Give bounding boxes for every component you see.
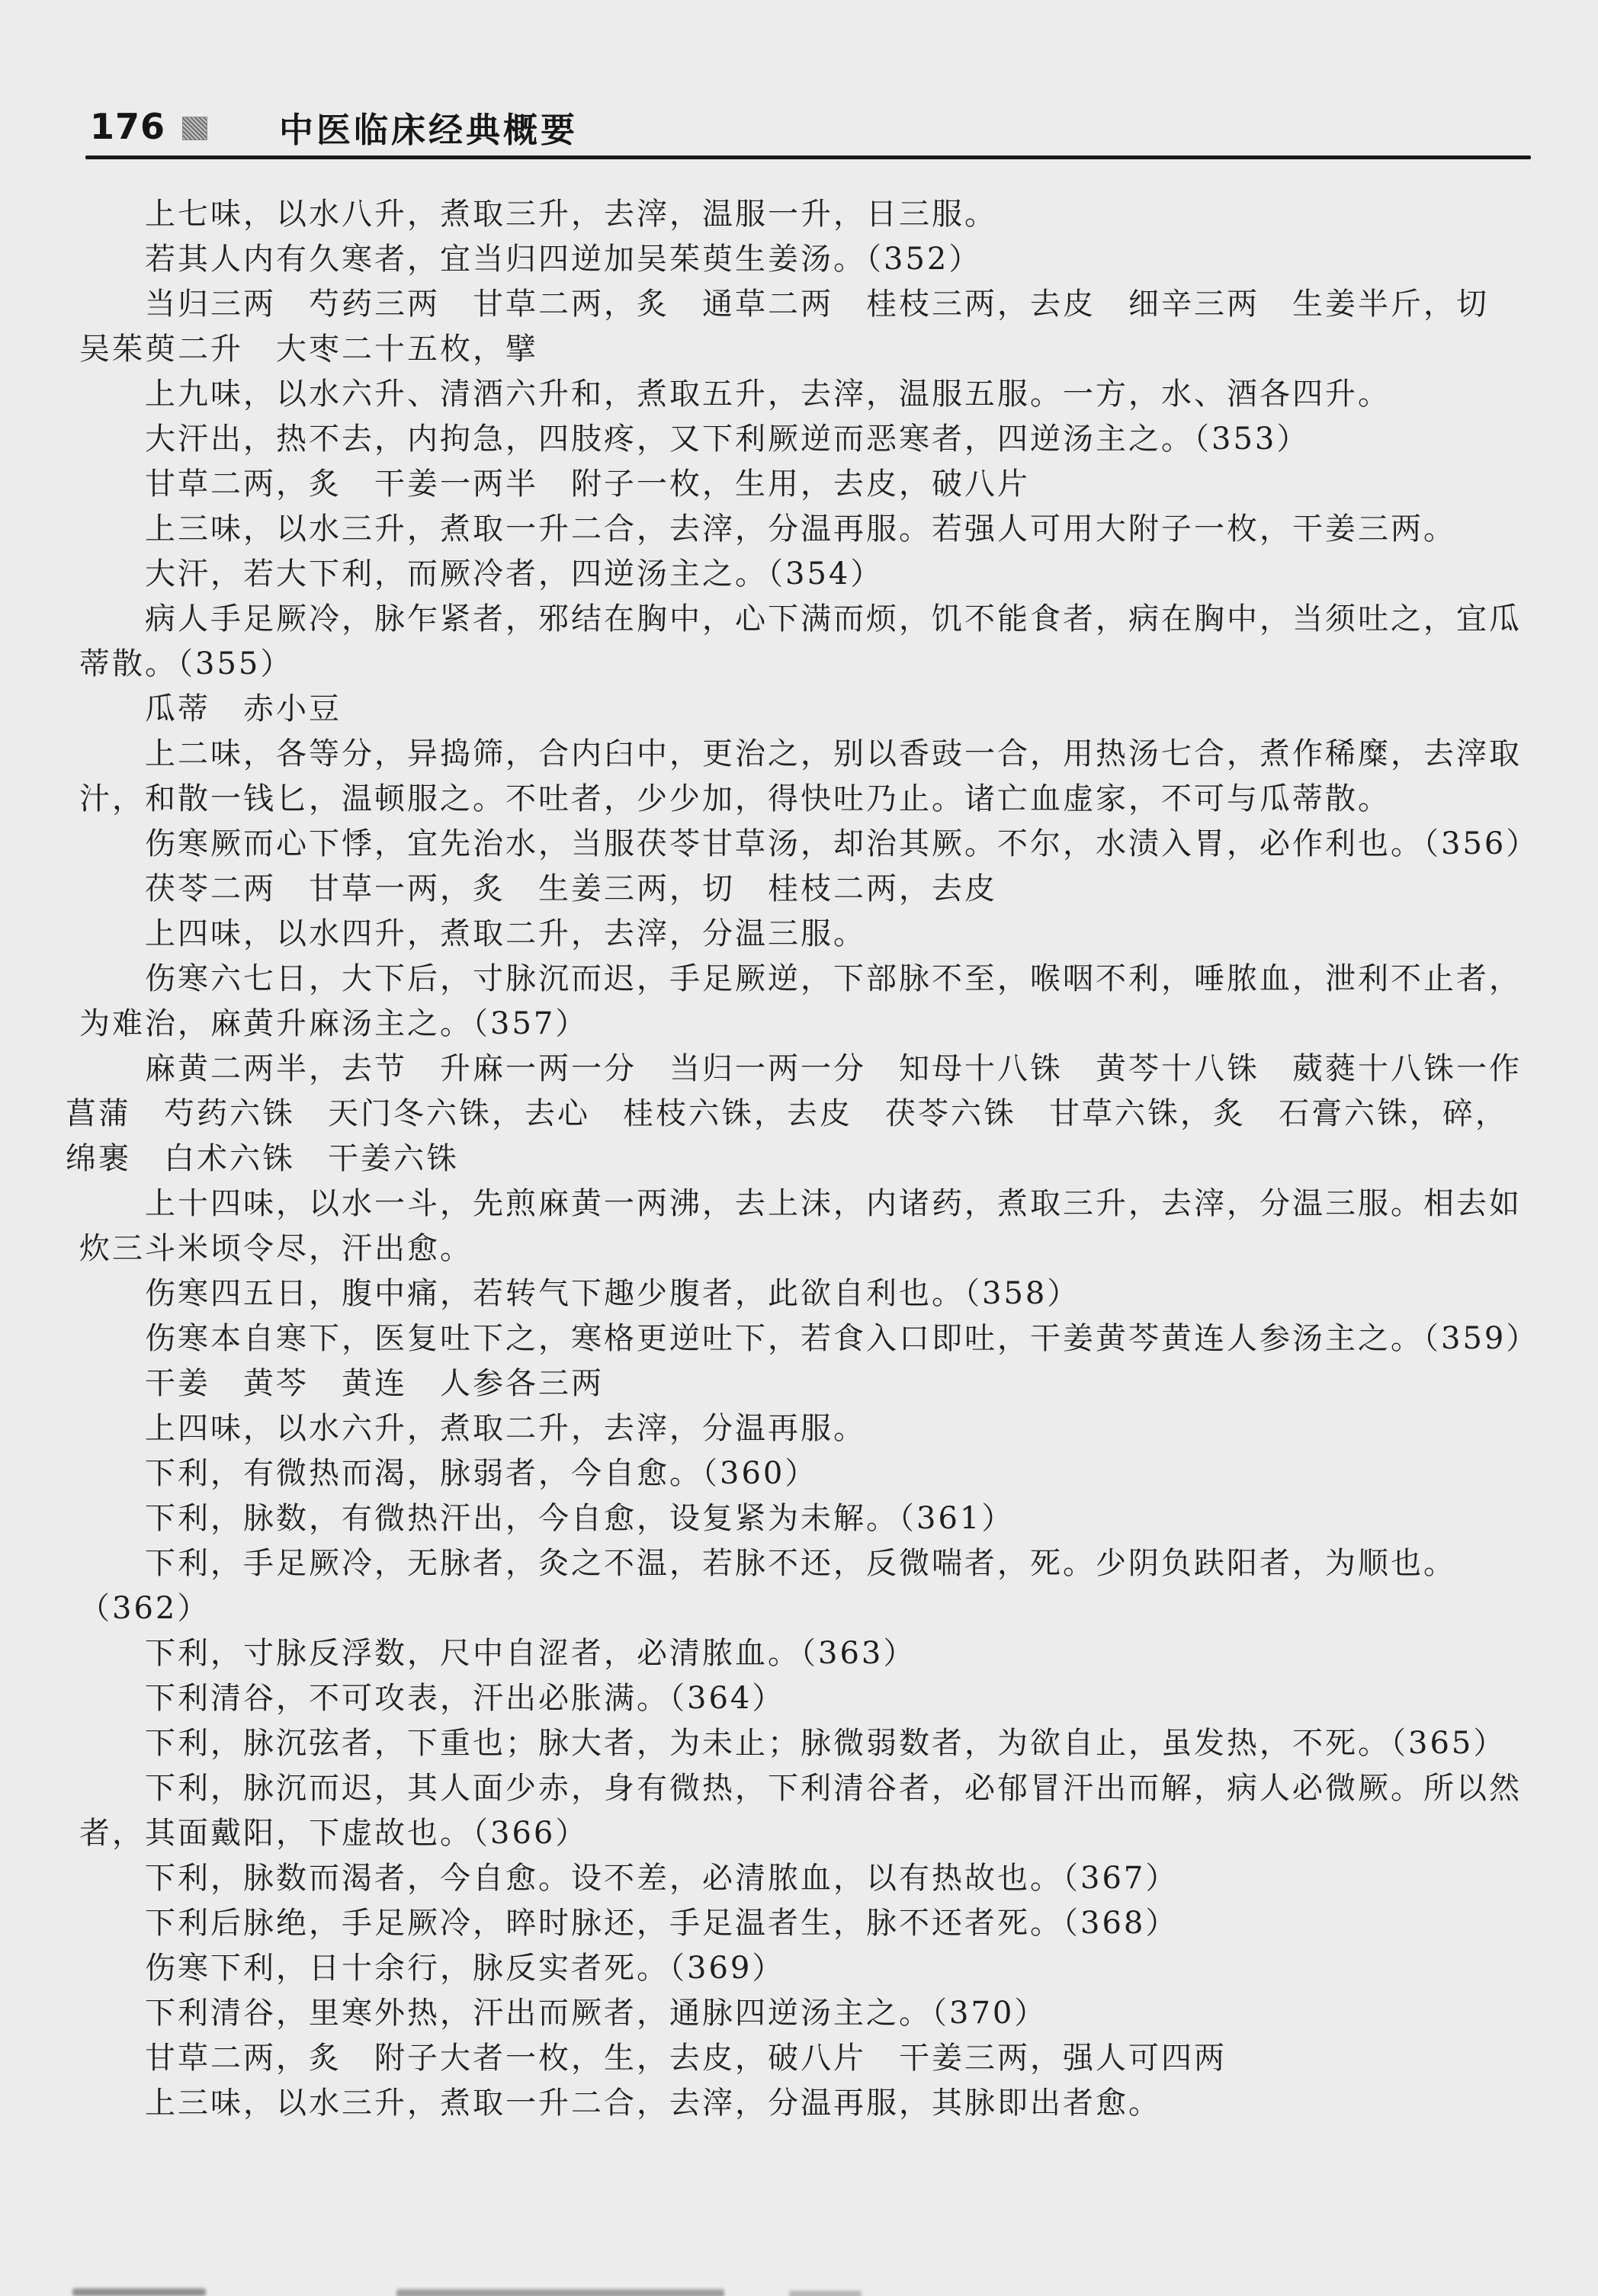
text-line: 者，其面戴阳，下虚故也。（366）	[79, 1811, 1551, 1856]
page-number: 176	[90, 106, 165, 147]
text-line: 病人手足厥冷，脉乍紧者，邪结在胸中，心下满而烦，饥不能食者，病在胸中，当须吐之，…	[79, 597, 1551, 642]
book-title: 中医临床经典概要	[279, 102, 578, 152]
text-line: 甘草二两，炙 干姜一两半 附子一枚，生用，去皮，破八片	[79, 462, 1551, 507]
text-line: 下利清谷，不可攻表，汗出必胀满。（364）	[79, 1676, 1551, 1721]
text-line: 绵裹 白术六铢 干姜六铢	[66, 1137, 1551, 1182]
text-line: 伤寒下利，日十余行，脉反实者死。（369）	[79, 1946, 1551, 1991]
text-line: 伤寒厥而心下悸，宜先治水，当服茯苓甘草汤，却治其厥。不尔，水渍入胃，必作利也。（…	[79, 822, 1551, 867]
text-line: 伤寒六七日，大下后，寸脉沉而迟，手足厥逆，下部脉不至，喉咽不利，唾脓血，泄利不止…	[79, 957, 1551, 1002]
text-line: 上二味，各等分，异捣筛，合内臼中，更治之，别以香豉一合，用热汤七合，煮作稀糜，去…	[79, 732, 1551, 777]
text-line: 上十四味，以水一斗，先煎麻黄一两沸，去上沫，内诸药，煮取三升，去滓，分温三服。相…	[79, 1182, 1551, 1227]
text-line: 上七味，以水八升，煮取三升，去滓，温服一升，日三服。	[79, 192, 1551, 237]
text-line: 上四味，以水四升，煮取二升，去滓，分温三服。	[79, 912, 1551, 957]
text-line: 下利，脉沉而迟，其人面少赤，身有微热，下利清谷者，必郁冒汗出而解，病人必微厥。所…	[79, 1766, 1551, 1811]
text-line: 炊三斗米顷令尽，汗出愈。	[79, 1227, 1551, 1271]
text-line: 上三味，以水三升，煮取一升二合，去滓，分温再服，其脉即出者愈。	[79, 2081, 1551, 2126]
text-line: 大汗，若大下利，而厥冷者，四逆汤主之。（354）	[79, 552, 1551, 597]
scan-artifact	[396, 2289, 724, 2296]
text-line: 干姜 黄芩 黄连 人参各三两	[79, 1361, 1551, 1406]
text-line: 汁，和散一钱匕，温顿服之。不吐者，少少加，得快吐乃止。诸亡血虚家，不可与瓜蒂散。	[79, 777, 1551, 822]
text-line: 下利清谷，里寒外热，汗出而厥者，通脉四逆汤主之。（370）	[79, 1991, 1551, 2036]
body-text: 上七味，以水八升，煮取三升，去滓，温服一升，日三服。若其人内有久寒者，宜当归四逆…	[79, 192, 1551, 2126]
text-line: 吴茱萸二升 大枣二十五枚，擘	[79, 327, 1551, 372]
text-line: 下利后脉绝，手足厥冷，晬时脉还，手足温者生，脉不还者死。（368）	[79, 1901, 1551, 1946]
text-line: 当归三两 芍药三两 甘草二两，炙 通草二两 桂枝三两，去皮 细辛三两 生姜半斤，…	[79, 282, 1551, 327]
text-line: 上三味，以水三升，煮取一升二合，去滓，分温再服。若强人可用大附子一枚，干姜三两。	[79, 507, 1551, 552]
text-line: 为难治，麻黄升麻汤主之。（357）	[79, 1002, 1551, 1047]
text-line: 下利，脉沉弦者，下重也；脉大者，为未止；脉微弱数者，为欲自止，虽发热，不死。（3…	[79, 1721, 1551, 1766]
text-line: 菖蒲 芍药六铢 天门冬六铢，去心 桂枝六铢，去皮 茯苓六铢 甘草六铢，炙 石膏六…	[66, 1092, 1551, 1137]
text-line: 茯苓二两 甘草一两，炙 生姜三两，切 桂枝二两，去皮	[79, 867, 1551, 912]
text-line: 上九味，以水六升、清酒六升和，煮取五升，去滓，温服五服。一方，水、酒各四升。	[79, 372, 1551, 417]
halftone-square-icon	[182, 117, 207, 140]
header-rule	[85, 156, 1531, 159]
text-line: （362）	[79, 1586, 1551, 1631]
text-line: 甘草二两，炙 附子大者一枚，生，去皮，破八片 干姜三两，强人可四两	[79, 2036, 1551, 2081]
text-line: 蒂散。（355）	[79, 642, 1551, 687]
book-page: 176 中医临床经典概要 上七味，以水八升，煮取三升，去滓，温服一升，日三服。若…	[0, 0, 1598, 2296]
scan-artifact	[789, 2291, 862, 2296]
text-line: 伤寒本自寒下，医复吐下之，寒格更逆吐下，若食入口即吐，干姜黄芩黄连人参汤主之。（…	[79, 1316, 1551, 1361]
text-line: 麻黄二两半，去节 升麻一两一分 当归一两一分 知母十八铢 黄芩十八铢 葳蕤十八铢…	[79, 1047, 1551, 1092]
text-line: 上四味，以水六升，煮取二升，去滓，分温再服。	[79, 1406, 1551, 1451]
scan-artifact	[72, 2288, 206, 2296]
text-line: 下利，手足厥冷，无脉者，灸之不温，若脉不还，反微喘者，死。少阴负趺阳者，为顺也。	[79, 1541, 1551, 1586]
text-line: 若其人内有久寒者，宜当归四逆加吴茱萸生姜汤。（352）	[79, 237, 1551, 282]
page-header: 176 中医临床经典概要	[90, 105, 578, 148]
text-line: 伤寒四五日，腹中痛，若转气下趣少腹者，此欲自利也。（358）	[79, 1271, 1551, 1316]
text-line: 瓜蒂 赤小豆	[79, 687, 1551, 732]
text-line: 大汗出，热不去，内拘急，四肢疼，又下利厥逆而恶寒者，四逆汤主之。（353）	[79, 417, 1551, 462]
text-line: 下利，有微热而渴，脉弱者，今自愈。（360）	[79, 1451, 1551, 1496]
text-line: 下利，脉数，有微热汗出，今自愈，设复紧为未解。（361）	[79, 1496, 1551, 1541]
text-line: 下利，寸脉反浮数，尺中自涩者，必清脓血。（363）	[79, 1631, 1551, 1676]
text-line: 下利，脉数而渴者，今自愈。设不差，必清脓血，以有热故也。（367）	[79, 1856, 1551, 1901]
